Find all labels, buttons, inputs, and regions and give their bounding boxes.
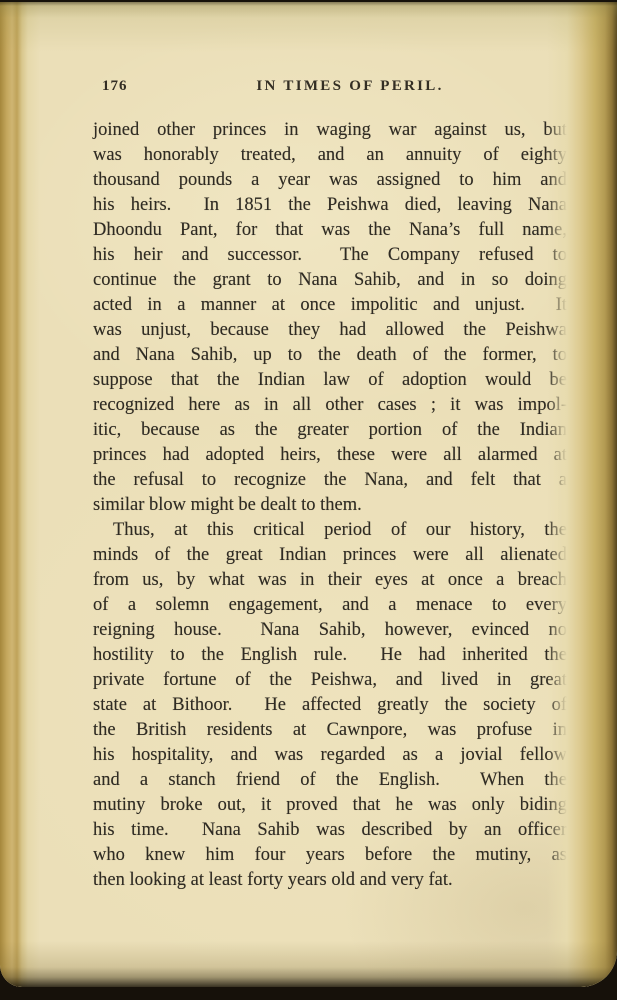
paragraph: Thus, at this critical period of our his… xyxy=(93,518,567,893)
text-line: his heirs. In 1851 the Peishwa died, lea… xyxy=(93,193,567,218)
text-line: Dhoondu Pant, for that was the Nana’s fu… xyxy=(93,218,567,243)
text-line: his time. Nana Sahib was described by an… xyxy=(93,818,567,843)
page-content: 176 IN TIMES OF PERIL. joined other prin… xyxy=(93,78,567,893)
text-line: state at Bithoor. He affected greatly th… xyxy=(93,693,567,718)
text-line: the refusal to recognize the Nana, and f… xyxy=(93,468,567,493)
text-line: mutiny broke out, it proved that he was … xyxy=(93,793,567,818)
text-line: itic, because as the greater portion of … xyxy=(93,418,567,443)
running-title: IN TIMES OF PERIL. xyxy=(133,78,567,95)
text-line: was honorably treated, and an annuity of… xyxy=(93,143,567,168)
text-line: who knew him four years before the mutin… xyxy=(93,843,567,868)
text-line: the British residents at Cawnpore, was p… xyxy=(93,718,567,743)
text-line: of a solemn engagement, and a menace to … xyxy=(93,593,567,618)
text-line: reigning house. Nana Sahib, however, evi… xyxy=(93,618,567,643)
text-line: similar blow might be dealt to them. xyxy=(93,493,567,518)
text-line: joined other princes in waging war again… xyxy=(93,118,567,143)
text-block: joined other princes in waging war again… xyxy=(93,118,567,893)
text-line: suppose that the Indian law of adoption … xyxy=(93,368,567,393)
text-line: and a stanch friend of the English. When… xyxy=(93,768,567,793)
text-line: acted in a manner at once impolitic and … xyxy=(93,293,567,318)
screenshot-root: { "page": { "page_number": "176", "runni… xyxy=(0,0,617,1000)
text-line: recognized here as in all other cases ; … xyxy=(93,393,567,418)
text-line: princes had adopted heirs, these were al… xyxy=(93,443,567,468)
text-line: and Nana Sahib, up to the death of the f… xyxy=(93,343,567,368)
left-gutter-edge xyxy=(0,2,40,987)
text-line: was unjust, because they had allowed the… xyxy=(93,318,567,343)
book-page: 176 IN TIMES OF PERIL. joined other prin… xyxy=(0,2,617,987)
text-line: from us, by what was in their eyes at on… xyxy=(93,568,567,593)
top-scan-edge xyxy=(0,2,617,52)
text-line: private fortune of the Peishwa, and live… xyxy=(93,668,567,693)
page-number: 176 xyxy=(102,78,128,95)
text-line: his heir and successor. The Company refu… xyxy=(93,243,567,268)
bottom-page-edge xyxy=(0,941,617,987)
text-line: his hospitality, and was regarded as a j… xyxy=(93,743,567,768)
text-line: then looking at least forty years old an… xyxy=(93,868,567,893)
text-line: thousand pounds a year was assigned to h… xyxy=(93,168,567,193)
text-line: hostility to the English rule. He had in… xyxy=(93,643,567,668)
paragraph: joined other princes in waging war again… xyxy=(93,118,567,518)
text-line: Thus, at this critical period of our his… xyxy=(93,518,567,543)
text-line: minds of the great Indian princes were a… xyxy=(93,543,567,568)
text-line: continue the grant to Nana Sahib, and in… xyxy=(93,268,567,293)
page-header: 176 IN TIMES OF PERIL. xyxy=(93,78,567,98)
